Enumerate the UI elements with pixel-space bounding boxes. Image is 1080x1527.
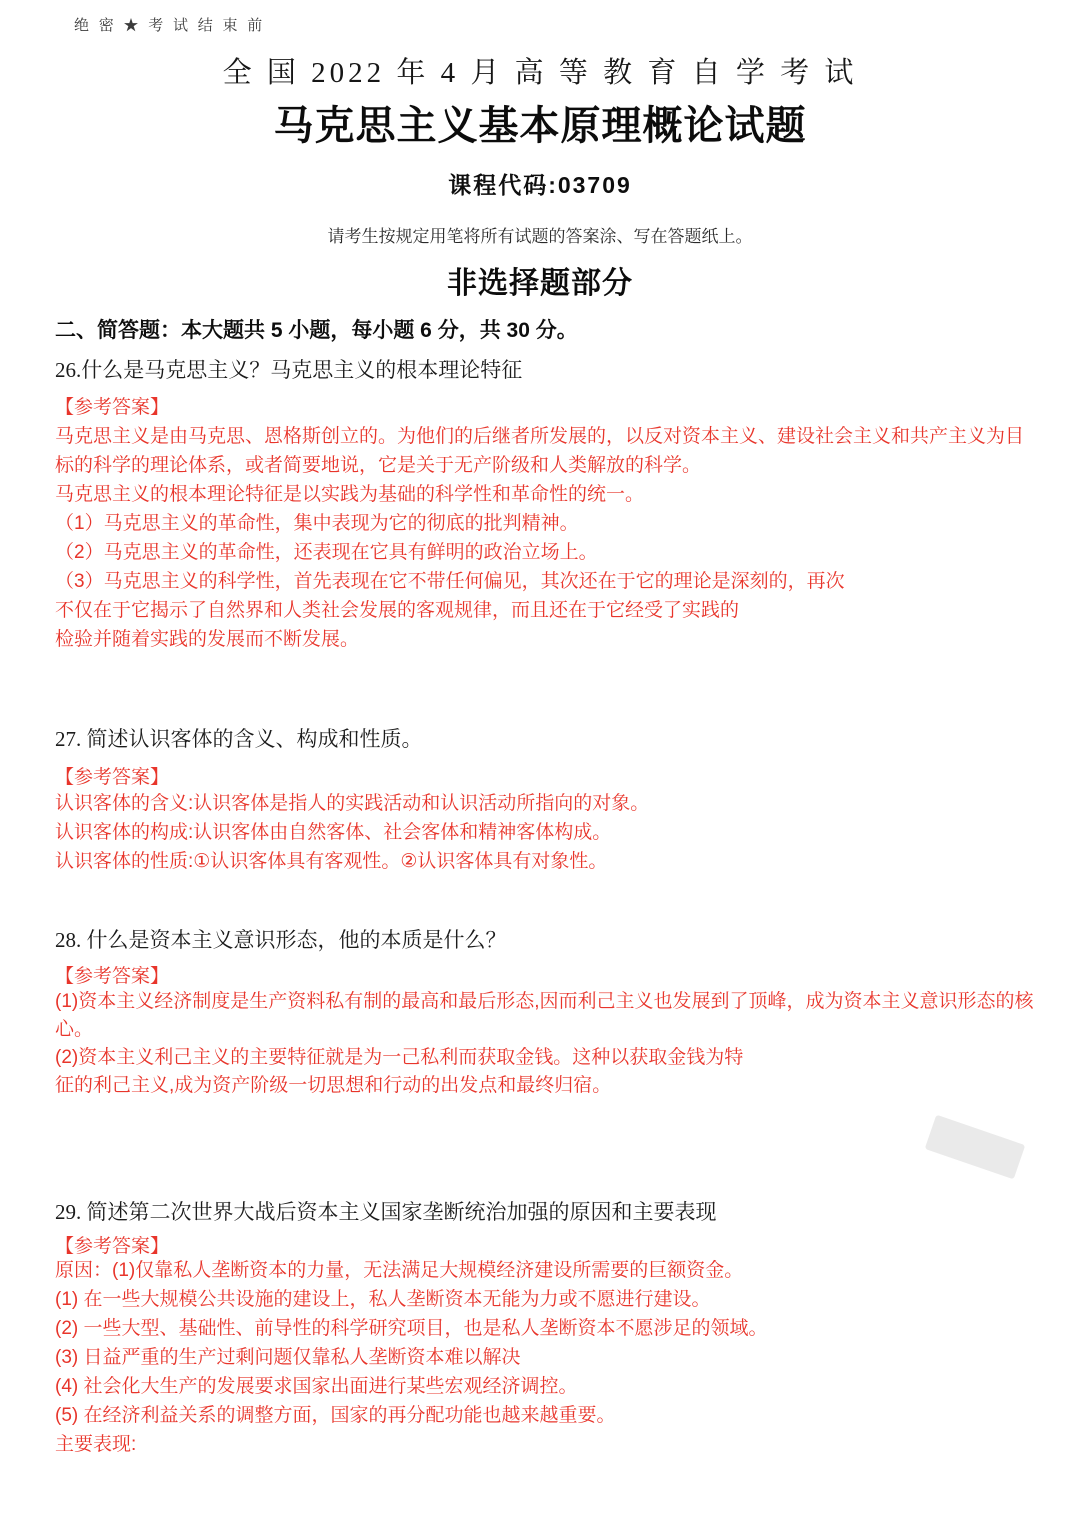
answer-line: 心。 (55, 1016, 1040, 1044)
answer-line: 认识客体的构成:认识客体由自然客体、社会客体和精神客体构成。 (55, 818, 1040, 847)
part-heading: 二、简答题：本大题共 5 小题，每小题 6 分，共 30 分。 (55, 314, 578, 344)
answer-line: 马克思主义是由马克思、恩格斯创立的。为他们的后继者所发展的，以反对资本主义、建设… (55, 422, 1040, 451)
question-29-text: 29. 简述第二次世界大战后资本主义国家垄断统治加强的原因和主要表现 (55, 1196, 717, 1226)
answer-line: 原因：(1)仅靠私人垄断资本的力量，无法满足大规模经济建设所需要的巨额资金。 (55, 1256, 1040, 1285)
answer-line: 标的科学的理论体系，或者简要地说，它是关于无产阶级和人类解放的科学。 (55, 451, 1040, 480)
answer-line: 认识客体的含义:认识客体是指人的实践活动和认识活动所指向的对象。 (55, 789, 1040, 818)
answer-line: 征的利己主义,成为资产阶级一切思想和行动的出发点和最终归宿。 (55, 1072, 1040, 1100)
question-27-answer: 认识客体的含义:认识客体是指人的实践活动和认识活动所指向的对象。 认识客体的构成… (55, 789, 1040, 876)
course-code: 课程代码:03709 (0, 167, 1080, 200)
answer-line: 检验并随着实践的发展而不断发展。 (55, 625, 1040, 654)
answer-line: (3) 日益严重的生产过剩问题仅靠私人垄断资本难以解决 (55, 1343, 1040, 1372)
answer-line: (1) 在一些大规模公共设施的建设上，私人垄断资本无能为力或不愿进行建设。 (55, 1285, 1040, 1314)
answer-line: (2) 一些大型、基础性、前导性的科学研究项目，也是私人垄断资本不愿涉足的领域。 (55, 1314, 1040, 1343)
question-28-text: 28. 什么是资本主义意识形态，他的本质是什么？ (55, 924, 507, 954)
answer-line: （1）马克思主义的革命性，集中表现为它的彻底的批判精神。 (55, 509, 1040, 538)
answer-line: （3）马克思主义的科学性，首先表现在它不带任何偏见，其次还在于它的理论是深刻的，… (55, 567, 1040, 596)
question-29-answer: 原因：(1)仅靠私人垄断资本的力量，无法满足大规模经济建设所需要的巨额资金。 (… (55, 1256, 1040, 1459)
question-29-answer-label: 【参考答案】 (55, 1231, 169, 1258)
watermark-swoosh (925, 1115, 1026, 1180)
answer-line: (2)资本主义利己主义的主要特征就是为一己私利而获取金钱。这种以获取金钱为特 (55, 1044, 1040, 1072)
question-26-answer-label: 【参考答案】 (55, 392, 169, 419)
answer-line: (5) 在经济利益关系的调整方面，国家的再分配功能也越来越重要。 (55, 1401, 1040, 1430)
question-28-answer: (1)资本主义经济制度是生产资料私有制的最高和最后形态,因而利己主义也发展到了顶… (55, 988, 1040, 1100)
answer-line: 认识客体的性质:①认识客体具有客观性。②认识客体具有对象性。 (55, 847, 1040, 876)
answer-line: 不仅在于它揭示了自然界和人类社会发展的客观规律，而且还在于它经受了实践的 (55, 596, 1040, 625)
section-title: 非选择题部分 (0, 258, 1080, 302)
answer-line: (4) 社会化大生产的发展要求国家出面进行某些宏观经济调控。 (55, 1372, 1040, 1401)
classification-header: 绝 密 ★ 考 试 结 束 前 (74, 14, 265, 35)
exam-session-title: 全 国 2022 年 4 月 高 等 教 育 自 学 考 试 (0, 50, 1080, 91)
answer-line: (1)资本主义经济制度是生产资料私有制的最高和最后形态,因而利己主义也发展到了顶… (55, 988, 1040, 1016)
answer-line: （2）马克思主义的革命性，还表现在它具有鲜明的政治立场上。 (55, 538, 1040, 567)
question-27-text: 27. 简述认识客体的含义、构成和性质。 (55, 723, 423, 753)
exam-instruction: 请考生按规定用笔将所有试题的答案涂、写在答题纸上。 (0, 222, 1080, 247)
exam-paper-page: 绝 密 ★ 考 试 结 束 前 全 国 2022 年 4 月 高 等 教 育 自… (0, 0, 1080, 1527)
question-26-answer: 马克思主义是由马克思、恩格斯创立的。为他们的后继者所发展的，以反对资本主义、建设… (55, 422, 1040, 654)
exam-subject-title: 马克思主义基本原理概论试题 (0, 94, 1080, 151)
question-28-answer-label: 【参考答案】 (55, 961, 169, 988)
question-26-text: 26.什么是马克思主义？马克思主义的根本理论特征 (55, 354, 522, 384)
question-27-answer-label: 【参考答案】 (55, 762, 169, 789)
answer-line: 主要表现: (55, 1430, 1040, 1459)
answer-line: 马克思主义的根本理论特征是以实践为基础的科学性和革命性的统一。 (55, 480, 1040, 509)
